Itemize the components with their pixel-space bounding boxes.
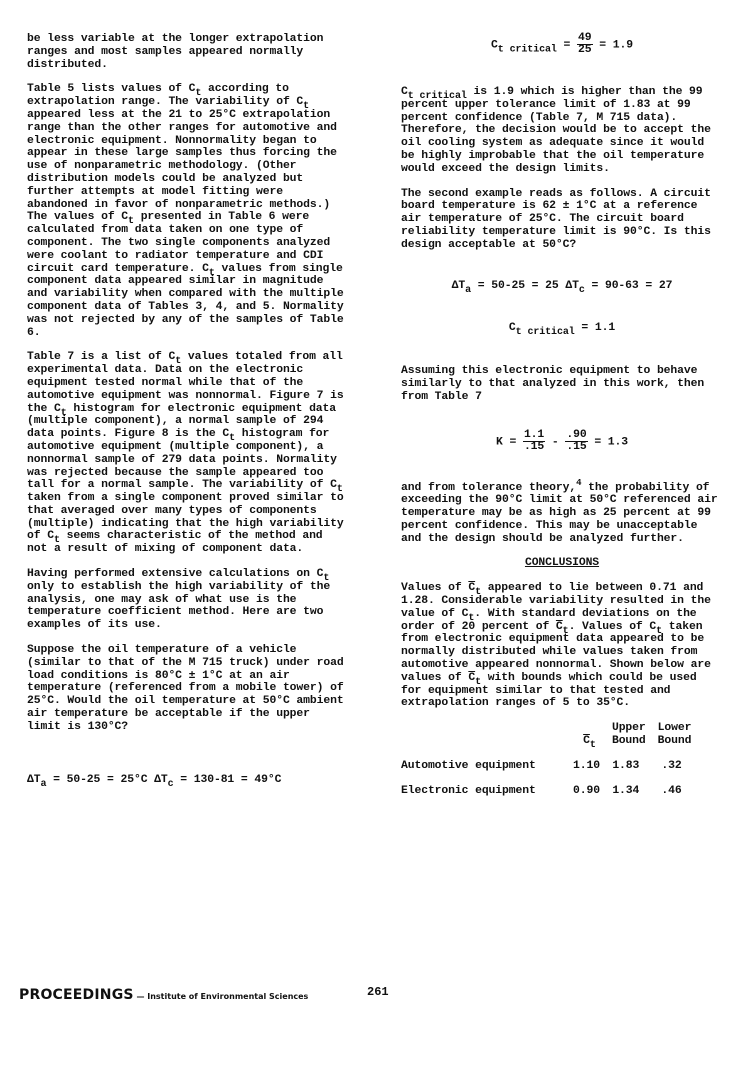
equation-ct-critical-2: Ct critical = 1.1 <box>401 322 723 335</box>
fraction: 1.1.15 <box>523 430 545 453</box>
table-header: Ct <box>573 722 606 748</box>
paragraph: The second example reads as follows. A c… <box>401 188 723 252</box>
equation-delta-t: ΔTa = 50-25 = 25°C ΔTc = 130-81 = 49°C <box>27 774 349 787</box>
bounds-table: Ct UpperBound LowerBound Automotive equi… <box>401 722 697 798</box>
table-cell: Electronic equipment <box>401 773 573 798</box>
paragraph: be less variable at the longer extrapola… <box>27 33 349 71</box>
paragraph: Suppose the oil temperature of a vehicle… <box>27 644 349 734</box>
table-header <box>401 722 573 748</box>
paragraph: Values of Ct appeared to lie between 0.7… <box>401 582 723 710</box>
equation-ct-critical: Ct critical = 4925 = 1.9 <box>401 33 723 56</box>
table-header: LowerBound <box>652 722 698 748</box>
fraction: .90.15 <box>565 430 587 453</box>
paragraph: Table 7 is a list of Ct values totaled f… <box>27 351 349 556</box>
table-row: Automotive equipment1.101.83.32 <box>401 748 697 773</box>
table-cell: 1.10 <box>573 748 606 773</box>
right-column: Ct critical = 4925 = 1.9 Ct critical is … <box>401 33 723 798</box>
section-heading: CONCLUSIONS <box>401 557 723 570</box>
equation-delta-t-2: ΔTa = 50-25 = 25 ΔTc = 90-63 = 27 <box>401 280 723 293</box>
paragraph: Having performed extensive calculations … <box>27 568 349 632</box>
table-row: Electronic equipment0.901.34.46 <box>401 773 697 798</box>
page-number: 261 <box>367 985 389 999</box>
institute-name: — Institute of Environmental Sciences <box>134 992 309 1001</box>
journal-name: PROCEEDINGS <box>19 987 134 1003</box>
paragraph: and from tolerance theory,4 the probabil… <box>401 477 723 546</box>
table-cell: .32 <box>652 748 698 773</box>
table-cell: 0.90 <box>573 773 606 798</box>
table-cell: .46 <box>652 773 698 798</box>
table-header: UpperBound <box>606 722 652 748</box>
table-cell: Automotive equipment <box>401 748 573 773</box>
fraction: 4925 <box>577 33 592 56</box>
paragraph: Assuming this electronic equipment to be… <box>401 365 723 403</box>
table-header-row: Ct UpperBound LowerBound <box>401 722 697 748</box>
paragraph: Table 5 lists values of Ct according to … <box>27 83 349 339</box>
equation-k: K = 1.1.15 - .90.15 = 1.3 <box>401 430 723 453</box>
table-cell: 1.83 <box>606 748 652 773</box>
left-column: be less variable at the longer extrapola… <box>27 33 349 798</box>
paragraph: Ct critical is 1.9 which is higher than … <box>401 86 723 176</box>
page-footer: PROCEEDINGS — Institute of Environmental… <box>19 984 419 1003</box>
table-cell: 1.34 <box>606 773 652 798</box>
